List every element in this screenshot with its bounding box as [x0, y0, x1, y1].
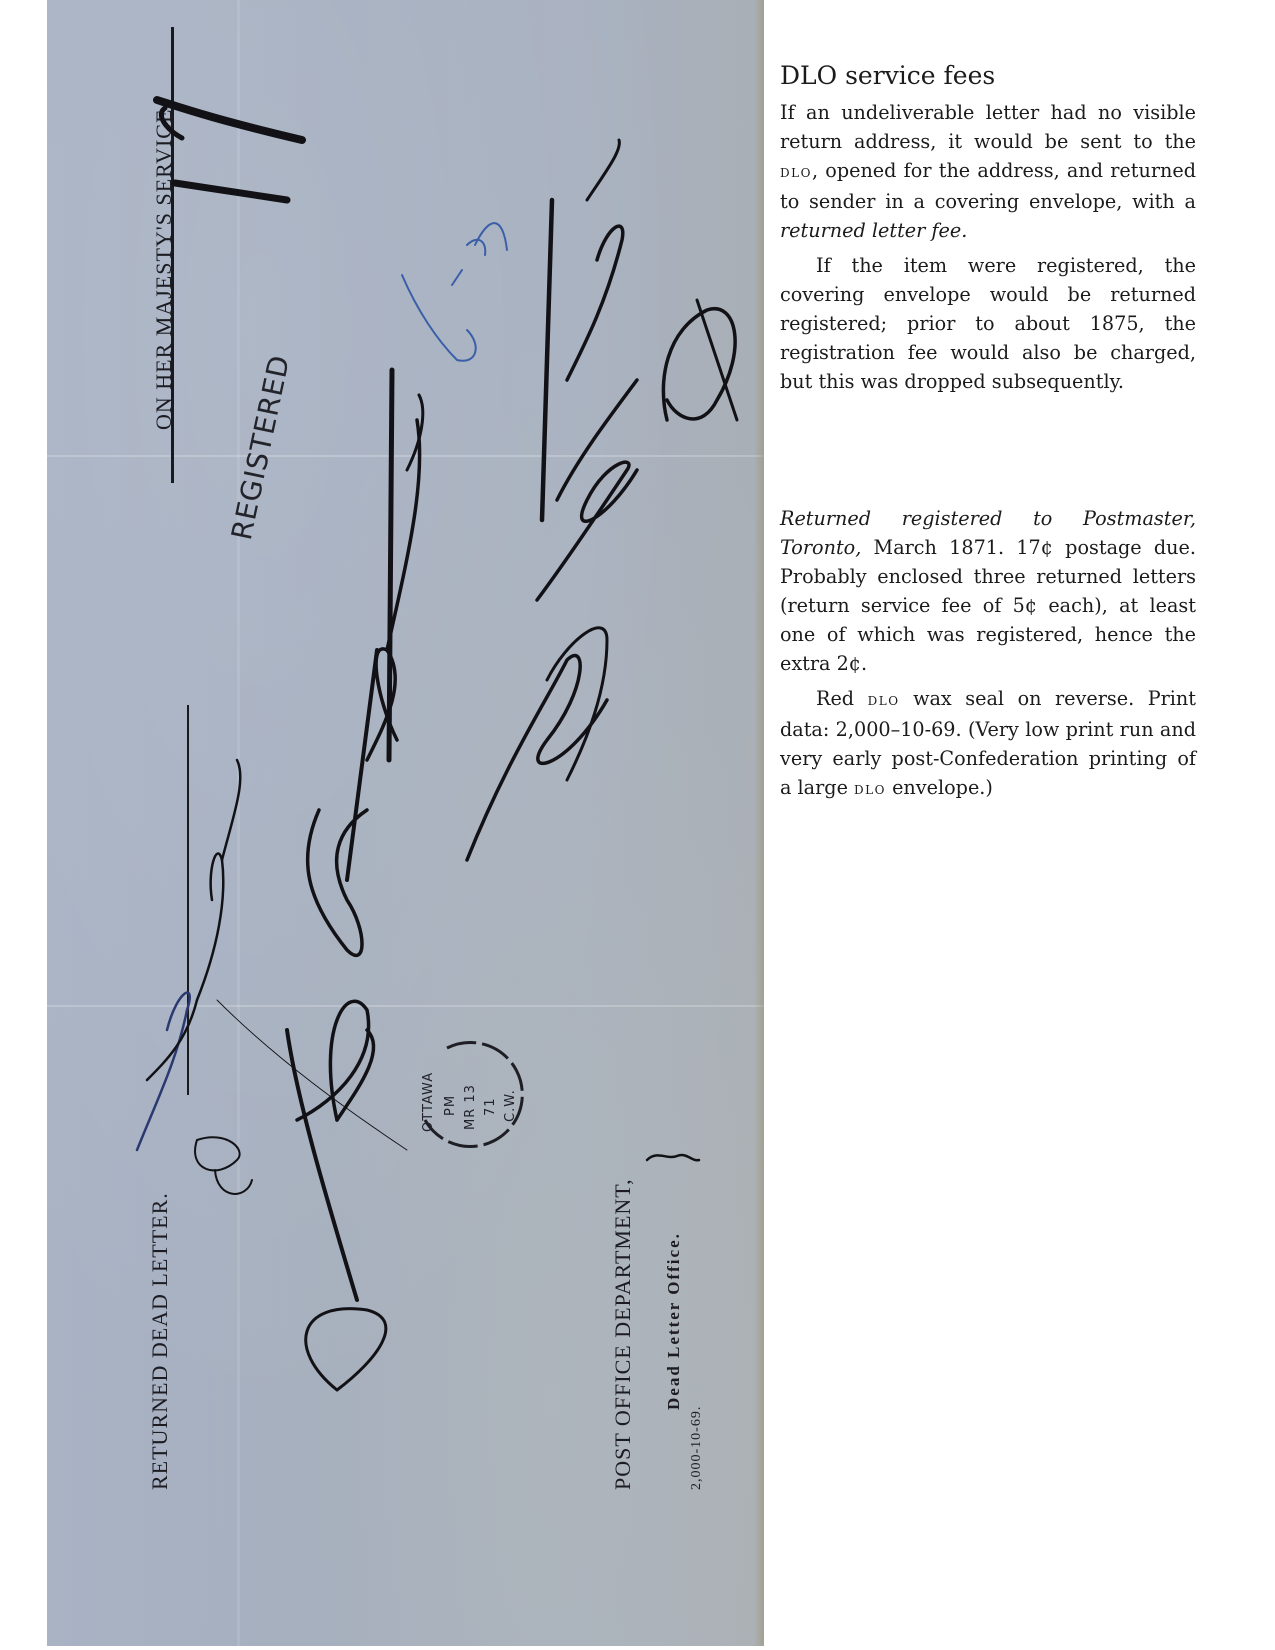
article-body: If an undeliverable letter had no visibl…	[780, 98, 1196, 396]
postmark-time: PM	[443, 1095, 458, 1116]
figure-caption: Returned registered to Postmaster, Toron…	[780, 504, 1196, 804]
postmark-year: 71	[483, 1097, 498, 1116]
section-heading: DLO service fees	[780, 60, 1196, 92]
article-paragraph: If the item were registered, the coverin…	[780, 251, 1196, 396]
postmark-city: OTTAWA	[421, 1072, 436, 1132]
article-paragraph: If an undeliverable letter had no visibl…	[780, 98, 1196, 245]
caption-paragraph: Red dlo wax seal on reverse. Print data:…	[780, 684, 1196, 804]
ottawa-postmark: OTTAWA PM MR 13 71 C.W.	[407, 1030, 537, 1160]
text-column: DLO service fees If an undeliverable let…	[780, 60, 1196, 804]
postmark-region: C.W.	[503, 1089, 518, 1122]
caption-paragraph: Returned registered to Postmaster, Toron…	[780, 504, 1196, 678]
handwriting-strokes	[47, 0, 764, 1646]
postmark-date: MR 13	[463, 1084, 478, 1130]
envelope-image: ON HER MAJESTY'S SERVICE. REGISTERED RET…	[47, 0, 764, 1646]
